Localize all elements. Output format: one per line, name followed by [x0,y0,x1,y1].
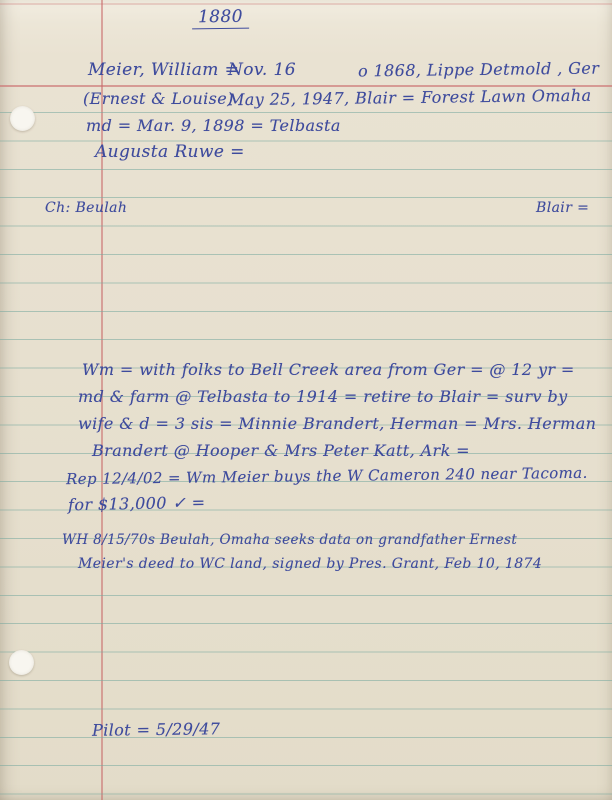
note-line: Rep 12/4/02 = Wm Meier buys the W Camero… [66,464,588,488]
entry-birth-detail: o 1868, Lippe Detmold , Ger [358,59,599,81]
query-note-line: Meier's deed to WC land, signed by Pres.… [78,556,542,572]
punch-hole-bottom [9,650,34,675]
entry-death-detail: May 25, 1947, Blair = Forest Lawn Omaha [228,86,592,109]
punch-hole-top [10,106,35,131]
children-place: Blair = [536,200,589,216]
children-label: Ch: Beulah [45,200,127,216]
page-title: 1880 [192,7,249,28]
note-line: wife & d = 3 sis = Minnie Brandert, Herm… [78,414,596,433]
query-note-line: WH 8/15/70s Beulah, Omaha seeks data on … [62,532,517,548]
entry-name: Meier, William = [88,60,239,80]
note-line: Wm = with folks to Bell Creek area from … [82,360,575,379]
entry-marriage: md = Mar. 9, 1898 = Telbasta [86,116,341,135]
note-line: Brandert @ Hooper & Mrs Peter Katt, Ark … [92,441,470,460]
note-line: for $13,000 ✓ = [68,493,206,515]
entry-spouse: Augusta Ruwe = [95,142,245,162]
scanned-notebook-page: 1880 Meier, William = Nov. 16 o 1868, Li… [0,0,612,800]
entry-birth-date: Nov. 16 [228,60,296,80]
footer-note: Pilot = 5/29/47 [92,719,221,740]
entry-parents: (Ernest & Louise) [83,89,234,108]
page-title-text: 1880 [192,7,249,30]
note-line: md & farm @ Telbasta to 1914 = retire to… [78,387,568,406]
top-margin-red-line [0,3,612,5]
